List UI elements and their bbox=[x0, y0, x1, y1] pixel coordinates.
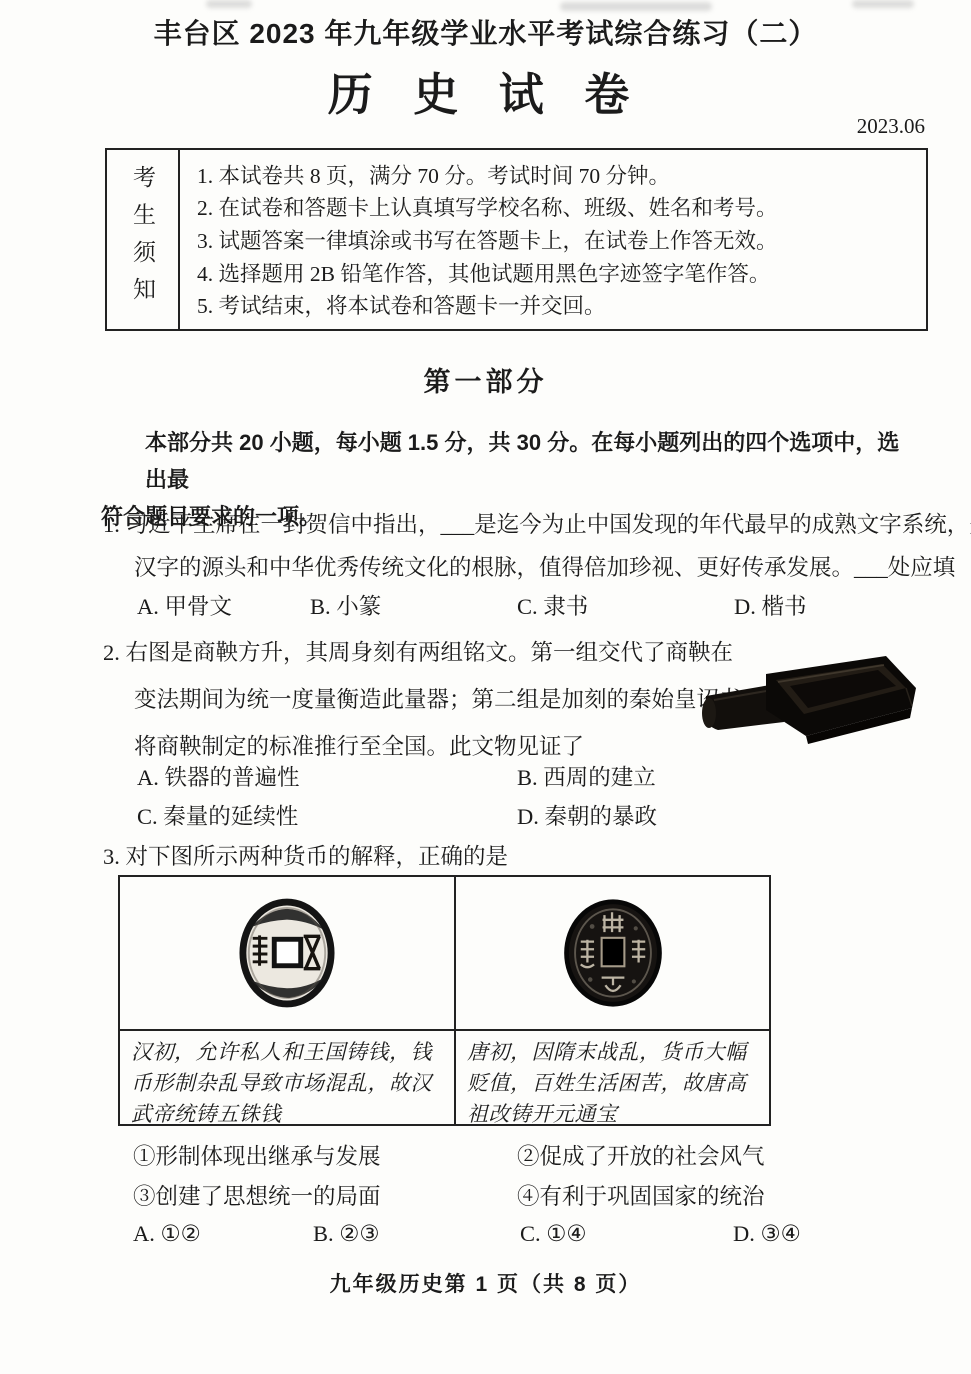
section-intro-line: 本部分共 20 小题，每小题 1.5 分，共 30 分。在每小题列出的四个选项中… bbox=[101, 424, 913, 498]
notice-item: 1. 本试卷共 8 页，满分 70 分。考试时间 70 分钟。 bbox=[197, 159, 916, 190]
statement-1: ①形制体现出继承与发展 bbox=[133, 1139, 381, 1171]
question-2-option-c: C. 秦量的延续性 bbox=[137, 799, 298, 831]
wuzhu-coin-image bbox=[238, 897, 336, 1009]
question-1-options: A. 甲骨文 B. 小篆 C. 隶书 D. 楷书 bbox=[0, 589, 971, 621]
question-3-statements-row2: ③创建了思想统一的局面 ④有利于巩固国家的统治 bbox=[0, 1179, 971, 1211]
question-2-text-line: 变法期间为统一度量衡造此量器；第二组是加刻的秦始皇诏书， bbox=[103, 676, 764, 723]
question-2-option-d: D. 秦朝的暴政 bbox=[517, 799, 657, 831]
exam-title-line2: 历 史 试 卷 bbox=[0, 58, 971, 123]
question-3-statements-row1: ①形制体现出继承与发展 ②促成了开放的社会风气 bbox=[0, 1139, 971, 1171]
wuzhu-caption: 汉初，允许私人和王国铸钱，钱币形制杂乱导致市场混乱，故汉武帝统铸五铢钱 bbox=[120, 1029, 454, 1124]
kaiyuan-tongbao-coin-image bbox=[561, 898, 665, 1008]
kaiyuan-caption: 唐初，因隋末战乱，货币大幅贬值，百姓生活困苦，故唐高祖改铸开元通宝 bbox=[454, 1029, 769, 1124]
statement-2: ②促成了开放的社会风气 bbox=[517, 1139, 765, 1171]
question-2-text-line: 2. 右图是商鞅方升，其周身刻有两组铭文。第一组交代了商鞅在 bbox=[103, 629, 764, 676]
notice-items: 1. 本试卷共 8 页，满分 70 分。考试时间 70 分钟。 2. 在试卷和答… bbox=[180, 150, 926, 329]
statement-4: ④有利于巩固国家的统治 bbox=[517, 1179, 765, 1211]
question-3-option-b: B. ②③ bbox=[313, 1221, 380, 1247]
question-1-text-line: 1. 习近平主席在一封贺信中指出，___是迄今为止中国发现的年代最早的成熟文字系… bbox=[103, 503, 971, 546]
scan-smudge bbox=[852, 0, 914, 8]
currency-table-cell bbox=[454, 877, 769, 1029]
notice-label: 考生须知 bbox=[107, 150, 180, 329]
notice-item: 5. 考试结束，将本试卷和答题卡一并交回。 bbox=[197, 289, 916, 320]
question-2-options-row1: A. 铁器的普遍性 B. 西周的建立 bbox=[0, 760, 971, 792]
question-3-text: 3. 对下图所示两种货币的解释，正确的是 bbox=[103, 839, 508, 871]
exam-title-line1: 丰台区 2023 年九年级学业水平考试综合练习（二） bbox=[0, 12, 971, 52]
page-footer: 九年级历史第 1 页（共 8 页） bbox=[0, 1268, 971, 1298]
notice-item: 4. 选择题用 2B 铅笔作答，其他试题用黑色字迹签字笔作答。 bbox=[197, 257, 916, 288]
question-3-options: A. ①② B. ②③ C. ①④ D. ③④ bbox=[0, 1221, 971, 1253]
question-1-option-d: D. 楷书 bbox=[734, 589, 807, 621]
scan-smudge bbox=[206, 0, 252, 8]
question-3-option-d: D. ③④ bbox=[733, 1221, 801, 1247]
shangyang-fangsheng-image bbox=[700, 648, 918, 746]
currency-table: 汉初，允许私人和王国铸钱，钱币形制杂乱导致市场混乱，故汉武帝统铸五铢钱 唐初，因… bbox=[118, 875, 771, 1126]
section-one-heading: 第一部分 bbox=[0, 360, 971, 399]
exam-date: 2023.06 bbox=[857, 114, 925, 139]
exam-page: 丰台区 2023 年九年级学业水平考试综合练习（二） 历 史 试 卷 2023.… bbox=[0, 0, 971, 1374]
question-1-option-c: C. 隶书 bbox=[517, 589, 588, 621]
question-2-option-a: A. 铁器的普遍性 bbox=[137, 760, 300, 792]
notice-box: 考生须知 1. 本试卷共 8 页，满分 70 分。考试时间 70 分钟。 2. … bbox=[105, 148, 928, 331]
question-1-option-a: A. 甲骨文 bbox=[137, 589, 232, 621]
question-3-option-c: C. ①④ bbox=[520, 1221, 587, 1247]
question-2-options-row2: C. 秦量的延续性 D. 秦朝的暴政 bbox=[0, 799, 971, 831]
notice-label-text: 考生须知 bbox=[126, 165, 159, 314]
question-2: 2. 右图是商鞅方升，其周身刻有两组铭文。第一组交代了商鞅在 变法期间为统一度量… bbox=[103, 629, 764, 770]
notice-item: 3. 试题答案一律填涂或书写在答题卡上，在试卷上作答无效。 bbox=[197, 224, 916, 255]
question-3-option-a: A. ①② bbox=[133, 1221, 201, 1247]
statement-3: ③创建了思想统一的局面 bbox=[133, 1179, 381, 1211]
currency-table-cell bbox=[120, 877, 454, 1029]
scan-smudge bbox=[560, 2, 712, 11]
question-1: 1. 习近平主席在一封贺信中指出，___是迄今为止中国发现的年代最早的成熟文字系… bbox=[103, 503, 971, 589]
question-2-option-b: B. 西周的建立 bbox=[517, 760, 656, 792]
notice-item: 2. 在试卷和答题卡上认真填写学校名称、班级、姓名和考号。 bbox=[197, 191, 916, 222]
question-1-option-b: B. 小篆 bbox=[310, 589, 381, 621]
question-1-text-line: 汉字的源头和中华优秀传统文化的根脉，值得倍加珍视、更好传承发展。___处应填 bbox=[103, 546, 971, 589]
